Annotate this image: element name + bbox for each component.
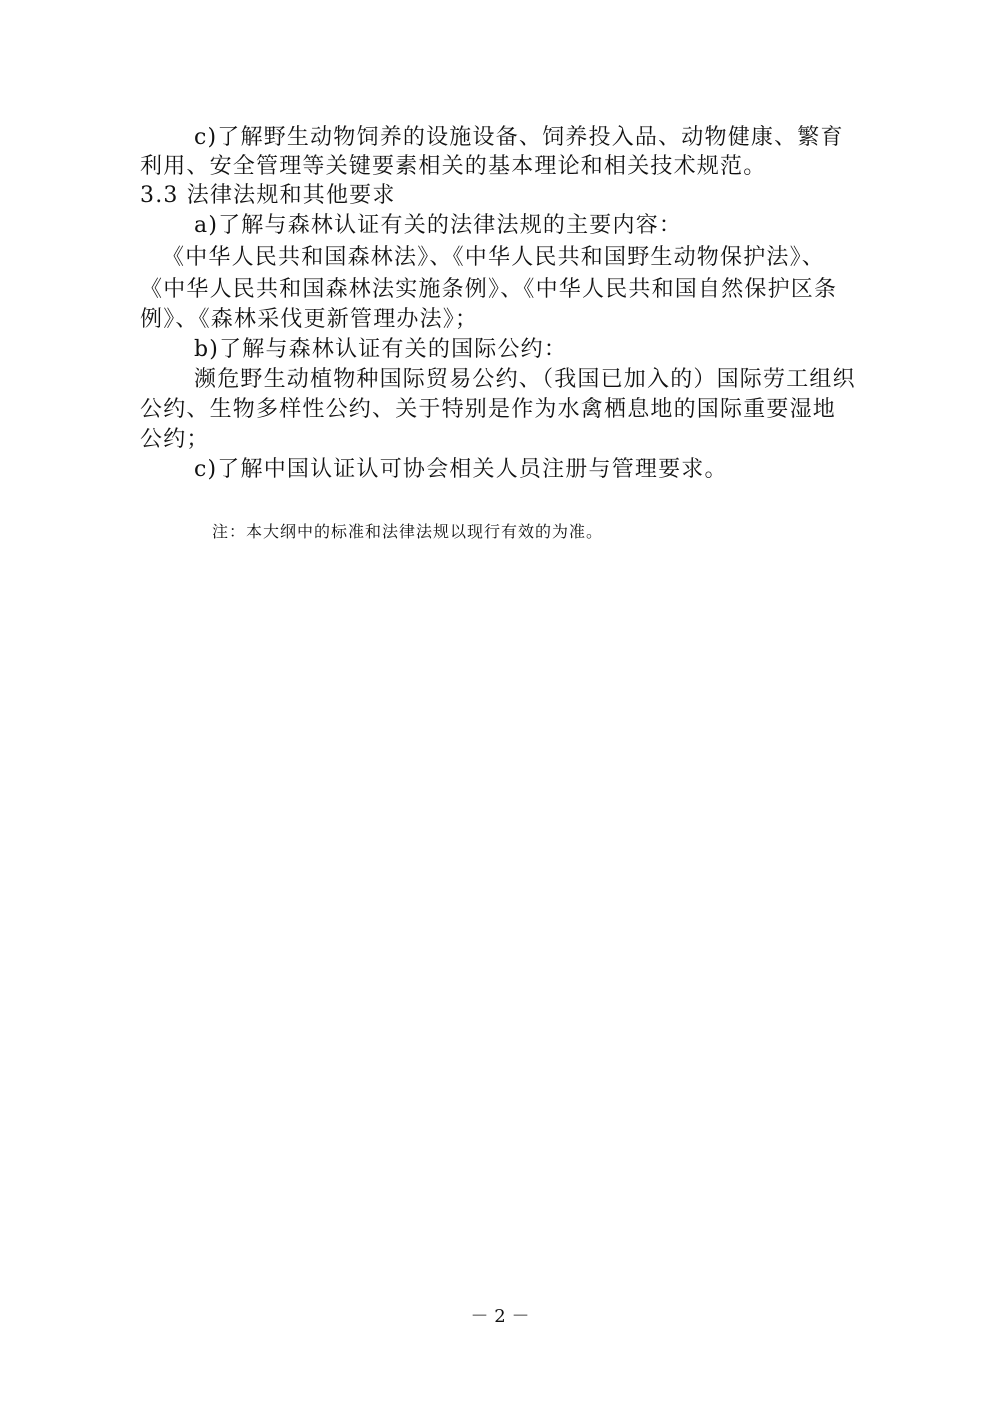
text-line-9: 濒危野生动植物种国际贸易公约、（我国已加入的）国际劳工组织 [194,365,856,395]
text-line-4: a)了解与森林认证有关的法律法规的主要内容： [194,211,682,241]
text-line-11: 公约； [140,425,210,455]
section-heading: 3.3 法律法规和其他要求 [140,181,396,211]
text-line-7: 例》、《森林采伐更新管理办法》； [140,305,478,335]
footnote: 注：本大纲中的标准和法律法规以现行有效的为准。 [212,520,603,544]
text-line-8: b)了解与森林认证有关的国际公约： [194,335,567,365]
text-line-6: 《中华人民共和国森林法实施条例》、《中华人民共和国自然保护区条 [140,275,837,305]
text-line-2: 利用、安全管理等关键要素相关的基本理论和相关技术规范。 [140,152,766,182]
page-number: － 2 － [0,1305,1000,1329]
text-line-1: c)了解野生动物饲养的设施设备、饲养投入品、动物健康、繁育 [194,123,844,153]
text-line-10: 公约、生物多样性公约、关于特别是作为水禽栖息地的国际重要湿地 [140,395,836,425]
text-line-12: c)了解中国认证认可协会相关人员注册与管理要求。 [194,455,728,485]
text-line-5: 《中华人民共和国森林法》、《中华人民共和国野生动物保护法》、 [162,243,825,273]
